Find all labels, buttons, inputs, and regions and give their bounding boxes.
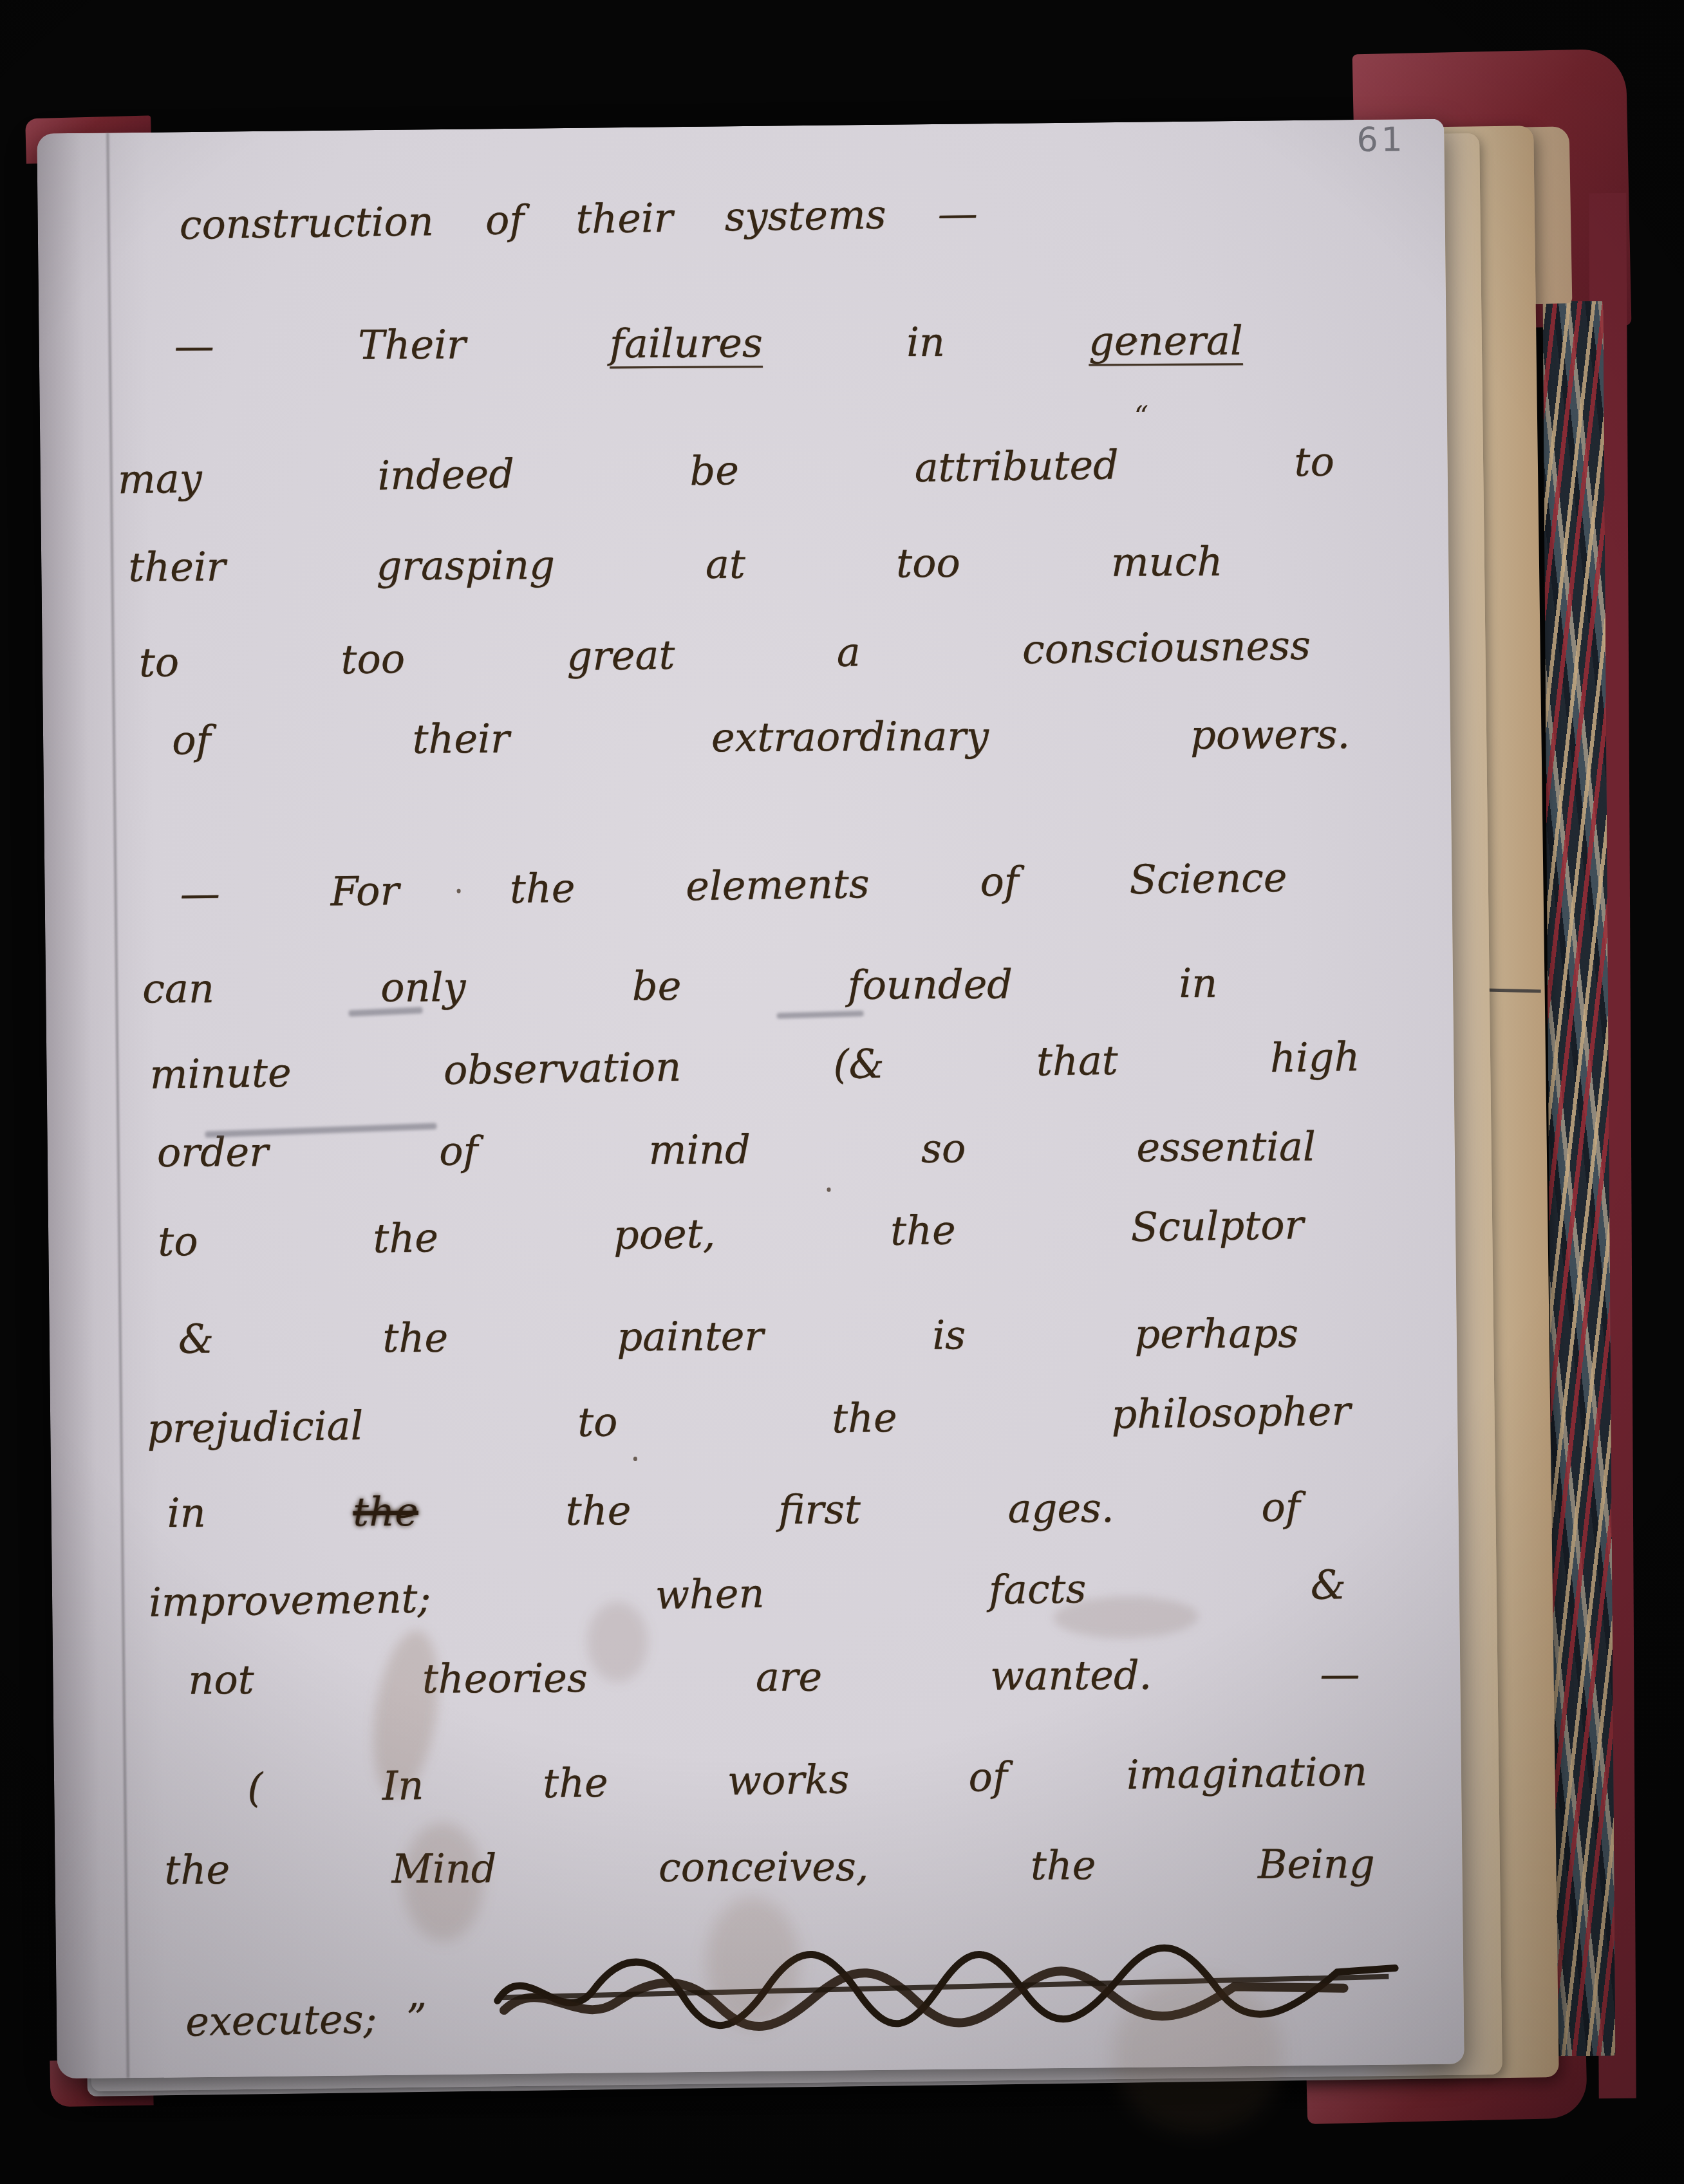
handwriting-line: of their extraordinary powers. [172,704,1350,770]
word: in [167,1483,205,1543]
word: ages. [1007,1478,1114,1538]
handwriting-line: & the painter is perhaps [178,1303,1298,1369]
word: the [565,1480,631,1541]
word: — [174,316,214,376]
page-folio-number: 61 [1356,120,1406,160]
ink-speck [457,889,461,893]
word: Their [358,315,466,375]
word: executes; ” [185,1988,427,2052]
handwriting-line: executes; ” [184,1921,1408,2051]
word: in [906,312,945,372]
ink-speck [827,1188,830,1192]
handwriting-line: minute observation (& that high [149,1027,1360,1105]
ink-scribble-crossout [487,1932,1408,2042]
manuscript-photo: 63 61 construction of their systems — — … [0,0,1684,2184]
gutter-crease [106,133,129,2078]
handwriting-line: construction of their systems — [179,183,978,255]
handwriting-line: in the the first ages. of [167,1477,1300,1543]
ink-speck [633,1457,637,1461]
handwriting-line: their grasping at too much [128,532,1222,597]
main-page-61: 61 construction of their systems — — The… [37,119,1464,2079]
ink-speck [1134,338,1137,342]
insertion-caret-mark: “ [1134,400,1149,433]
handwriting-line: to the poet, the Sculptor [158,1195,1304,1271]
handwriting-line: ( In the works of imagination [247,1741,1367,1818]
handwriting-line: — For the elements of Science [180,848,1287,924]
handwriting-line: to too great a consciousness [138,615,1311,693]
word: of [1261,1477,1300,1537]
word: first [778,1479,861,1540]
handwriting-line: improvement; when facts & [148,1554,1346,1632]
word-underlined: general [1089,310,1243,371]
word-underlined: failures [610,313,763,373]
handwriting-line: may indeed be attributed to [117,431,1334,509]
handwriting-line: can only be founded in [142,953,1217,1019]
handwriting-line: the Mind conceives, the Being [164,1834,1374,1900]
handwriting-line: — Their failures in general [174,310,1242,376]
word-crossed-out: the [353,1482,418,1542]
handwriting-line: prejudicial to the philosopher [147,1381,1351,1459]
handwriting-line: not theories are wanted. — [188,1644,1360,1710]
